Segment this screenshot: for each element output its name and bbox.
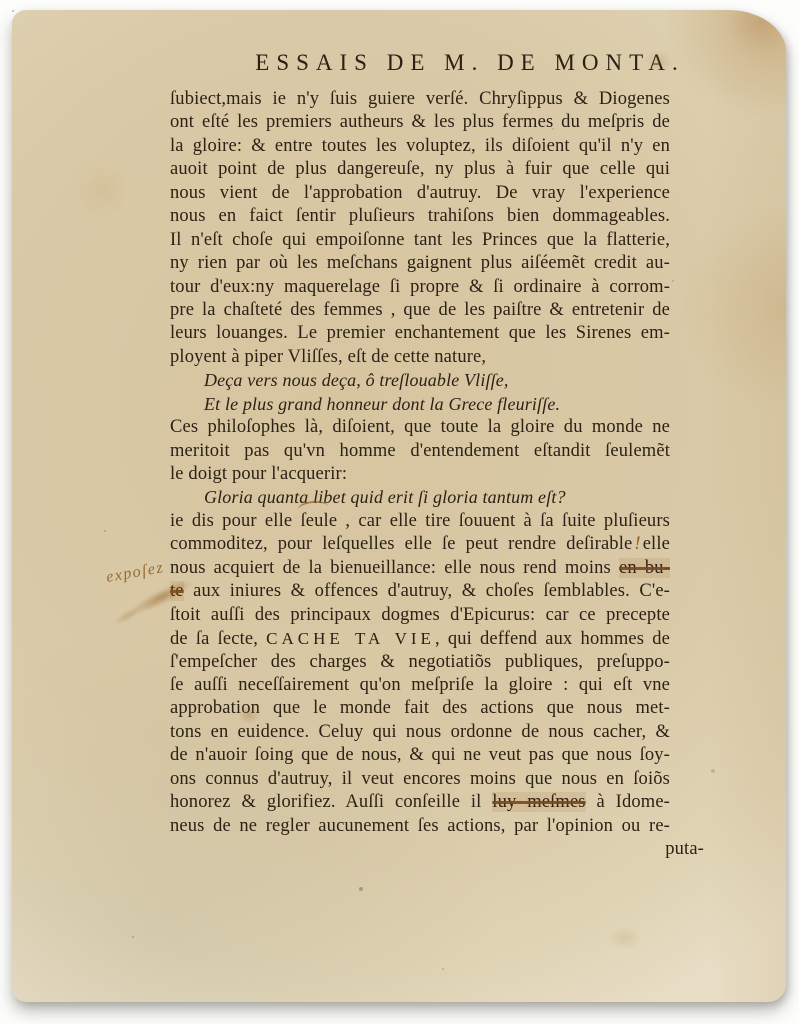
text-line: Gloria quanta libet quid erit ſi gloria … [170, 486, 670, 509]
text-line: ployent à piper Vliſſes, eſt de cette na… [170, 346, 670, 369]
text-line: ie dis pour elle ſeule , car elle tire ſ… [170, 510, 670, 533]
spaced-capitals: CACHE TA VIE [266, 629, 435, 648]
paper-stain [72, 160, 132, 220]
catchword-line: puta- [170, 838, 704, 861]
paper-specks [12, 10, 14, 12]
text-line: ont eſté les premiers autheurs & les plu… [170, 111, 670, 134]
text-line: le doigt pour l'acquerir: [170, 463, 670, 486]
text-line: te aux iniures & offences d'autruy, & ch… [170, 580, 670, 603]
struck-out-text: luy meſmes [492, 792, 585, 812]
text-line: Et le plus grand honneur dont la Grece f… [170, 393, 670, 416]
text-line: nous acquiert de la bienueillance: elle … [170, 557, 670, 580]
text-line: ſ'empeſcher des charges & negotiatiõs pu… [170, 651, 670, 674]
struck-out-text: en bu- [619, 558, 670, 578]
text-line: ons connus d'autruy, il veut encores moi… [170, 768, 670, 791]
text-line: nous en faict ſentir pluſieurs trahiſons… [170, 205, 670, 228]
book-page: ESSAIS DE M. DE MONTA. ſubiect,mais ie n… [12, 10, 786, 1002]
text-line: leurs louanges. Le premier enchantement … [170, 322, 670, 345]
paper-stain [238, 706, 260, 724]
text-line: Ces philoſophes là, diſoient, que toute … [170, 416, 670, 439]
paper-stain [644, 50, 674, 72]
text-block: ſubiect,mais ie n'y ſuis guiere verſé. C… [170, 88, 670, 861]
text-line: de ſa ſecte, CACHE TA VIE, qui deffend a… [170, 627, 670, 650]
text-line: ſubiect,mais ie n'y ſuis guiere verſé. C… [170, 88, 670, 111]
text-line: commoditez, pour leſquelles elle ſe peut… [170, 533, 670, 556]
text-line: Deça vers nous deça, ô treſlouable Vliſſ… [170, 369, 670, 392]
text-line: neus de ne regler aucunement ſes actions… [170, 815, 670, 838]
text-line: pre la chaſteté des femmes , que de les … [170, 299, 670, 322]
text-line: tour d'eux:ny maquerelage ſi propre & ſi… [170, 276, 670, 299]
marginal-handwritten-note: expoſez [105, 559, 166, 587]
handwritten-ink-mark: ! [632, 534, 642, 554]
text-line: la gloire: & entre toutes les voluptez, … [170, 135, 670, 158]
text-line: tons en euidence. Celuy qui nous ordonne… [170, 721, 670, 744]
text-line: ny rien par où les meſchans gaignent plu… [170, 252, 670, 275]
text-line: honorez & glorifiez. Auſſi conſeille il … [170, 791, 670, 814]
text-line: Il n'eſt choſe qui empoiſonne tant les P… [170, 229, 670, 252]
text-line: meritoit pas qu'vn homme d'entendement e… [170, 440, 670, 463]
text-line: nous vient de l'approbation d'autruy. De… [170, 182, 670, 205]
paper-stain [608, 926, 642, 950]
ink-smudge [112, 604, 144, 628]
text-line: ſe auſſi neceſſairement qu'on meſpriſe l… [170, 674, 670, 697]
text-line: de n'auoir ſoing que de nous, & qui ne v… [170, 744, 670, 767]
text-line: auoit point de plus dangereuſe, ny plus … [170, 158, 670, 181]
text-line: ſtoit auſſi des principaux dogmes d'Epic… [170, 604, 670, 627]
